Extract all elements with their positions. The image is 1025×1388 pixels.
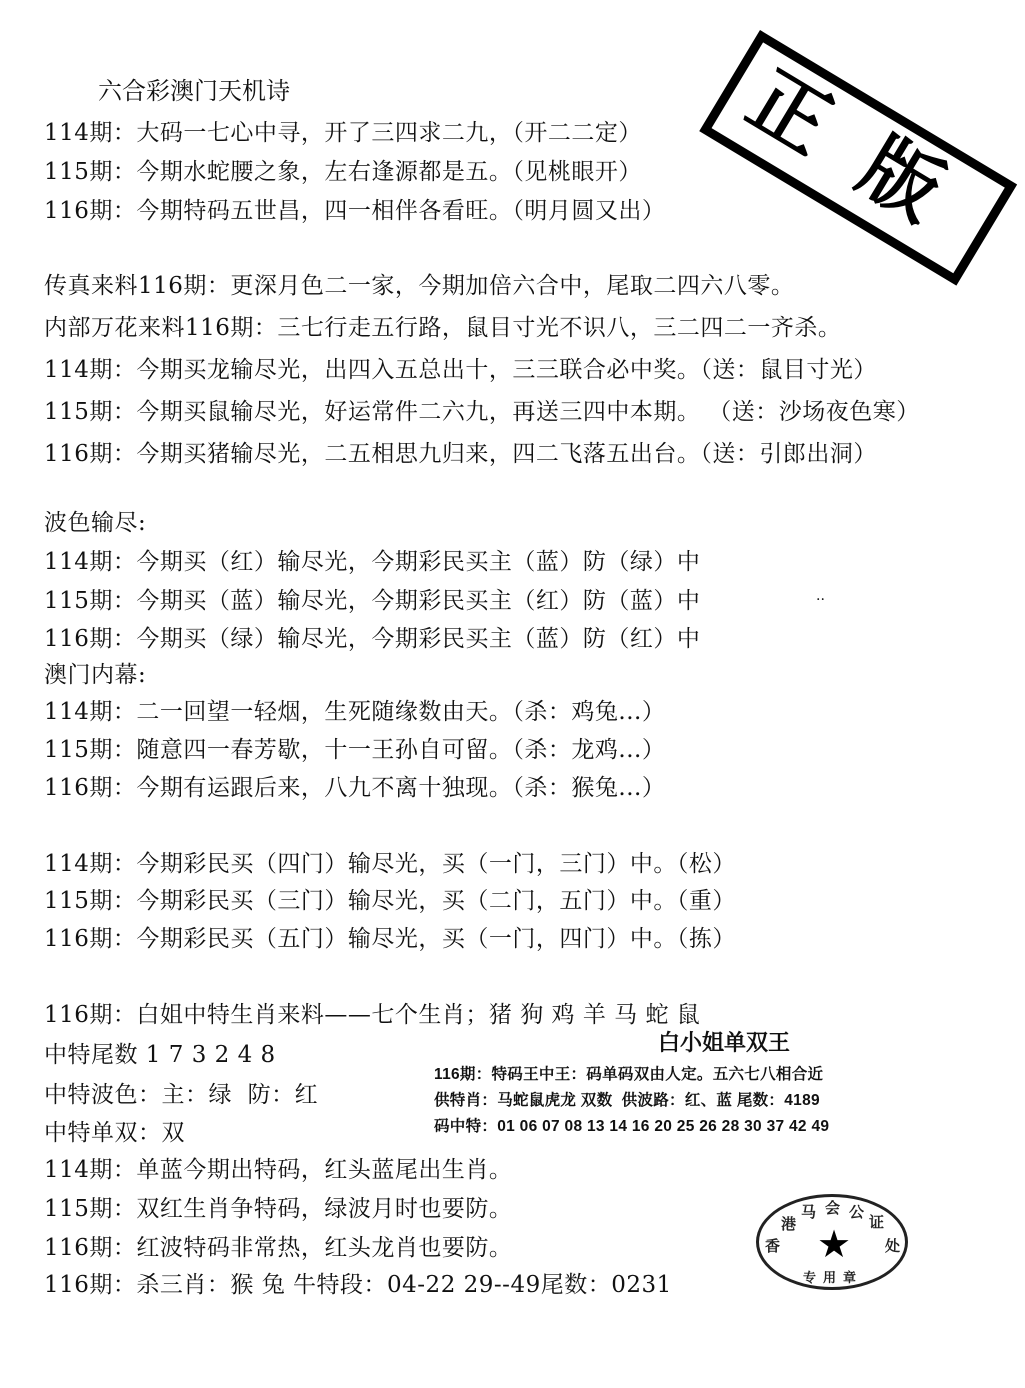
- final-line: 115期：双红生肖争特码，绿波月时也要防。: [44, 1194, 512, 1224]
- official-seal: 香 港 马 会 公 证 处 ★ 专 用 章: [756, 1194, 908, 1290]
- bai-zodiac-line: 116期：白姐中特生肖来料——七个生肖；猪 狗 鸡 羊 马 蛇 鼠: [44, 1000, 700, 1030]
- stamp-char-2: 版: [847, 126, 954, 233]
- side-line: 供特肖：马蛇鼠虎龙 双数 供波路：红、蓝 尾数：4189: [434, 1090, 820, 1112]
- door-line: 116期：今期彩民买（五门）输尽光，买（一门，四门）中。（拣）: [44, 924, 736, 954]
- side-line: 116期：特码王中王：码单码双由人定。五六七八相合近: [434, 1064, 823, 1086]
- wave-line: 114期：今期买（红）输尽光，今期彩民买主（蓝）防（绿）中: [44, 547, 700, 577]
- dots: ..: [816, 588, 825, 604]
- seal-char: 公: [849, 1201, 864, 1222]
- inside-line: 115期：随意四一春芳歇，十一王孙自可留。（杀：龙鸡...）: [44, 735, 665, 765]
- inside-heading: 澳门内幕:: [44, 660, 146, 690]
- wave-line: 115期：今期买（蓝）输尽光，今期彩民买主（红）防（蓝）中: [44, 586, 700, 616]
- seal-char: 香: [765, 1235, 780, 1256]
- poem-line: 116期：今期特码五世昌，四一相伴各看旺。（明月圆又出）: [44, 196, 665, 226]
- fax-line: 114期：今期买龙输尽光，出四入五总出十，三三联合必中奖。（送：鼠目寸光）: [44, 355, 877, 385]
- side-title: 白小姐单双王: [658, 1026, 790, 1057]
- poem-line: 114期：大码一七心中寻，开了三四求二九，（开二二定）: [44, 118, 642, 148]
- fax-line: 116期：今期买猪输尽光，二五相思九归来，四二飞落五出台。（送：引郎出洞）: [44, 439, 877, 469]
- inside-line: 114期：二一回望一轻烟，生死随缘数由天。（杀：鸡兔...）: [44, 697, 665, 727]
- page-title: 六合彩澳门天机诗: [98, 76, 290, 106]
- seal-char: 证: [869, 1211, 884, 1232]
- bai-odd-even-line: 中特单双：双: [44, 1118, 185, 1148]
- stamp-char-1: 正: [736, 60, 843, 167]
- zhengban-stamp: 正 版: [699, 30, 1017, 286]
- fax-line: 内部万花来料116期：三七行走五行路，鼠目寸光不识八，三二四二一齐杀。: [44, 313, 841, 343]
- fax-line: 传真来料116期：更深月色二一家，今期加倍六合中，尾取二四六八零。: [44, 271, 794, 301]
- bai-tail-line: 中特尾数 1 7 3 2 4 8: [44, 1040, 276, 1070]
- side-line: 码中特：01 06 07 08 13 14 16 20 25 26 28 30 …: [434, 1116, 829, 1138]
- door-line: 115期：今期彩民买（三门）输尽光，买（二门，五门）中。（重）: [44, 886, 736, 916]
- inside-line: 116期：今期有运跟后来，八九不离十独现。（杀：猴兔...）: [44, 773, 665, 803]
- door-line: 114期：今期彩民买（四门）输尽光，买（一门，三门）中。（松）: [44, 849, 736, 879]
- seal-char: 专: [803, 1267, 816, 1286]
- seal-char: 会: [825, 1197, 840, 1218]
- seal-char: 章: [843, 1267, 856, 1286]
- seal-char: 港: [781, 1213, 796, 1234]
- seal-char: 马: [801, 1201, 816, 1222]
- seal-char: 用: [823, 1267, 836, 1286]
- final-line: 116期：红波特码非常热，红头龙肖也要防。: [44, 1233, 512, 1263]
- bai-wave-line: 中特波色：主：绿 防：红: [44, 1080, 318, 1110]
- wave-heading: 波色输尽:: [44, 508, 146, 538]
- final-line: 114期：单蓝今期出特码，红头蓝尾出生肖。: [44, 1155, 512, 1185]
- wave-line: 116期：今期买（绿）输尽光，今期彩民买主（蓝）防（红）中: [44, 624, 700, 654]
- fax-line: 115期：今期买鼠输尽光，好运常件二六九，再送三四中本期。 （送：沙场夜色寒）: [44, 397, 920, 427]
- seal-char: 处: [885, 1235, 900, 1256]
- final-line: 116期：杀三肖：猴 兔 牛特段：04-22 29--49尾数：0231: [44, 1270, 672, 1300]
- star-icon: ★: [817, 1225, 851, 1263]
- poem-line: 115期：今期水蛇腰之象，左右逢源都是五。（见桃眼开）: [44, 157, 642, 187]
